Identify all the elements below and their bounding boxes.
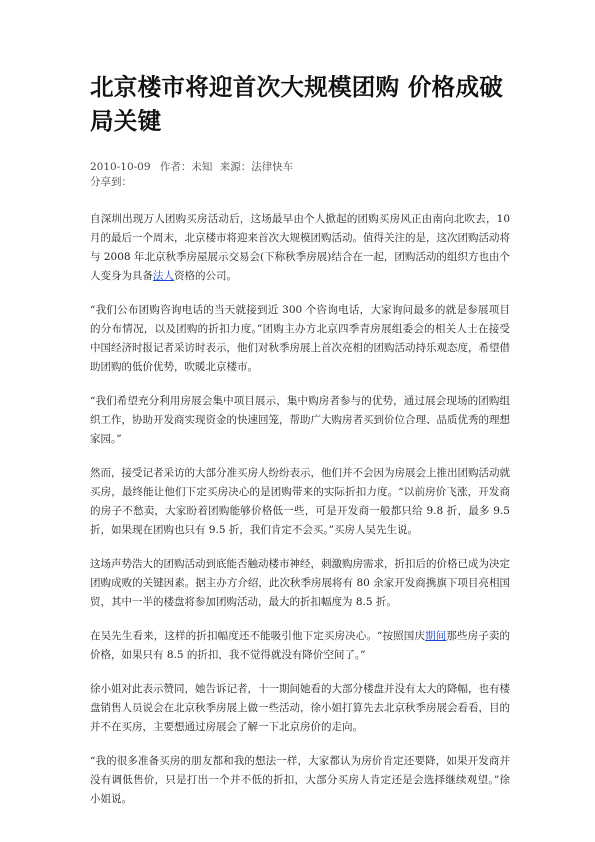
paragraph-5: 这场声势浩大的团购活动到底能否触动楼市神经，刺激购房需求，折扣后的价格已成为决定… xyxy=(90,555,510,612)
link-legal-person[interactable]: 法人 xyxy=(153,270,174,282)
source-name: 法律快车 xyxy=(251,161,293,173)
share-label: 分享到： xyxy=(90,175,510,190)
paragraph-4: 然而，接受记者采访的大部分准买房人纷纷表示，他们并不会因为房展会上推出团购活动就… xyxy=(90,464,510,540)
article-title: 北京楼市将迎首次大规模团购 价格成破局关键 xyxy=(90,70,510,138)
article-meta: 2010-10-09 作者：未知 来源：法律快车 分享到： xyxy=(90,160,510,190)
link-period[interactable]: 期间 xyxy=(425,630,446,642)
paragraph-1: 自深圳出现万人团购买房活动后，这场最早由个人掀起的团购买房风正由南向北吹去，10… xyxy=(90,210,510,286)
meta-line: 2010-10-09 作者：未知 来源：法律快车 xyxy=(90,160,510,175)
paragraph-8: “我的很多准备买房的朋友都和我的想法一样，大家都认为房价肯定还要降，如果开发商并… xyxy=(90,752,510,809)
paragraph-text: 在吴先生看来，这样的折扣幅度还不能吸引他下定买房决心。“按照国庆 xyxy=(90,630,425,642)
paragraph-3: “我们希望充分利用房展会集中项目展示，集中购房者参与的优势，通过展会现场的团购组… xyxy=(90,392,510,449)
paragraph-2: “我们公布团购咨询电话的当天就接到近 300 个咨询电话，大家询问最多的就是参展… xyxy=(90,301,510,377)
paragraph-6: 在吴先生看来，这样的折扣幅度还不能吸引他下定买房决心。“按照国庆期间那些房子卖的… xyxy=(90,627,510,665)
author-name: 未知 xyxy=(191,161,212,173)
paragraph-7: 徐小姐对此表示赞同，她告诉记者，十一期间她看的大部分楼盘并没有太大的降幅，也有楼… xyxy=(90,680,510,737)
article: 北京楼市将迎首次大规模团购 价格成破局关键 2010-10-09 作者：未知 来… xyxy=(90,70,510,809)
source-label: 来源： xyxy=(220,161,252,173)
publish-date: 2010-10-09 xyxy=(90,161,151,173)
paragraph-text: 资格的公司。 xyxy=(174,270,237,282)
author-label: 作者： xyxy=(160,161,192,173)
